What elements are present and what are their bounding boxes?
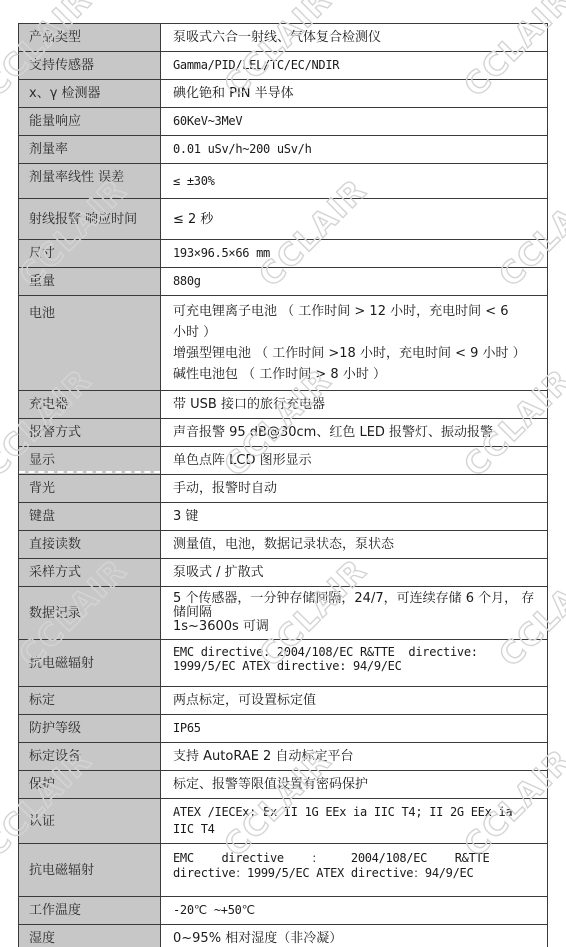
- table-row: 认证ATEX /IECEx: Ex II 1G EEx ia IIC T4; I…: [19, 799, 548, 844]
- spec-label: 抗电磁辐射: [19, 640, 161, 687]
- spec-value: 泵吸式 / 扩散式: [161, 559, 548, 587]
- spec-label: 防护等级: [19, 715, 161, 743]
- spec-label: 能量响应: [19, 108, 161, 136]
- spec-label: x、γ 检测器: [19, 80, 161, 108]
- spec-value: 可充电锂离子电池 （ 工作时间 > 12 小时，充电时间 < 6 小时 ） 增强…: [161, 296, 548, 391]
- spec-value: 碘化铯和 PIN 半导体: [161, 80, 548, 108]
- table-row: 采样方式泵吸式 / 扩散式: [19, 559, 548, 587]
- spec-value: 5 个传感器，一分钟存储间隔，24/7，可连续存储 6 个月， 存储间隔 1s~…: [161, 587, 548, 640]
- spec-label: 充电器: [19, 391, 161, 419]
- table-row: 显示单色点阵 LCD 图形显示: [19, 447, 548, 475]
- spec-label: 抗电磁辐射: [19, 844, 161, 897]
- table-row: 尺寸193×96.5×66 mm: [19, 240, 548, 268]
- spec-label: 射线报警 响应时间: [19, 199, 161, 240]
- table-row: 能量响应60KeV~3MeV: [19, 108, 548, 136]
- table-row: 标定设备支持 AutoRAE 2 自动标定平台: [19, 743, 548, 771]
- spec-label: 标定: [19, 687, 161, 715]
- spec-value: ≤ 2 秒: [161, 199, 548, 240]
- spec-value: 0~95% 相对湿度（非冷凝）: [161, 925, 548, 947]
- spec-value: 泵吸式六合一射线、气体复合检测仪: [161, 24, 548, 52]
- spec-label: 重量: [19, 268, 161, 296]
- table-row: 产品类型泵吸式六合一射线、气体复合检测仪: [19, 24, 548, 52]
- spec-value: 193×96.5×66 mm: [161, 240, 548, 268]
- spec-value: ≤ ±30%: [161, 164, 548, 199]
- spec-value: 0.01 uSv/h~200 uSv/h: [161, 136, 548, 164]
- spec-label: 认证: [19, 799, 161, 844]
- spec-label: 湿度: [19, 925, 161, 947]
- spec-value: 手动，报警时自动: [161, 475, 548, 503]
- spec-value: 两点标定，可设置标定值: [161, 687, 548, 715]
- spec-label: 数据记录: [19, 587, 161, 640]
- spec-label: 保护: [19, 771, 161, 799]
- table-row: 背光手动，报警时自动: [19, 475, 548, 503]
- spec-label: 采样方式: [19, 559, 161, 587]
- table-row: x、γ 检测器碘化铯和 PIN 半导体: [19, 80, 548, 108]
- table-row: 剂量率0.01 uSv/h~200 uSv/h: [19, 136, 548, 164]
- table-row: 充电器带 USB 接口的旅行充电器: [19, 391, 548, 419]
- table-row: 抗电磁辐射EMC directive: 2004/108/EC R&TTE di…: [19, 640, 548, 687]
- table-row: 键盘3 键: [19, 503, 548, 531]
- spec-label: 报警方式: [19, 419, 161, 447]
- spec-value: -20℃ ~+50℃: [161, 897, 548, 925]
- spec-value: 标定、报警等限值设置有密码保护: [161, 771, 548, 799]
- spec-label: 背光: [19, 475, 161, 503]
- spec-value: Gamma/PID/LEL/TC/EC/NDIR: [161, 52, 548, 80]
- spec-label: 支持传感器: [19, 52, 161, 80]
- spec-value: 单色点阵 LCD 图形显示: [161, 447, 548, 475]
- spec-label: 键盘: [19, 503, 161, 531]
- table-row: 支持传感器Gamma/PID/LEL/TC/EC/NDIR: [19, 52, 548, 80]
- spec-value: 3 键: [161, 503, 548, 531]
- table-row: 湿度0~95% 相对湿度（非冷凝）: [19, 925, 548, 947]
- table-row: 标定两点标定，可设置标定值: [19, 687, 548, 715]
- table-row: 抗电磁辐射EMC directive ： 2004/108/EC R&TTE d…: [19, 844, 548, 897]
- spec-table-body: 产品类型泵吸式六合一射线、气体复合检测仪支持传感器Gamma/PID/LEL/T…: [19, 24, 548, 947]
- spec-value: 声音报警 95 dB@30cm、红色 LED 报警灯、振动报警: [161, 419, 548, 447]
- table-row: 报警方式声音报警 95 dB@30cm、红色 LED 报警灯、振动报警: [19, 419, 548, 447]
- table-row: 射线报警 响应时间≤ 2 秒: [19, 199, 548, 240]
- table-row: 防护等级IP65: [19, 715, 548, 743]
- spec-table: 产品类型泵吸式六合一射线、气体复合检测仪支持传感器Gamma/PID/LEL/T…: [18, 23, 548, 947]
- spec-value: ATEX /IECEx: Ex II 1G EEx ia IIC T4; II …: [161, 799, 548, 844]
- spec-value: IP65: [161, 715, 548, 743]
- spec-label: 剂量率线性 误差: [19, 164, 161, 199]
- spec-value: 支持 AutoRAE 2 自动标定平台: [161, 743, 548, 771]
- table-row: 数据记录5 个传感器，一分钟存储间隔，24/7，可连续存储 6 个月， 存储间隔…: [19, 587, 548, 640]
- spec-value: 带 USB 接口的旅行充电器: [161, 391, 548, 419]
- spec-value: 880g: [161, 268, 548, 296]
- spec-value: EMC directive ： 2004/108/EC R&TTE direct…: [161, 844, 548, 897]
- spec-value: 测量值，电池，数据记录状态，泵状态: [161, 531, 548, 559]
- spec-label: 尺寸: [19, 240, 161, 268]
- spec-label: 工作温度: [19, 897, 161, 925]
- table-row: 保护标定、报警等限值设置有密码保护: [19, 771, 548, 799]
- spec-label: 标定设备: [19, 743, 161, 771]
- spec-value: EMC directive: 2004/108/EC R&TTE directi…: [161, 640, 548, 687]
- table-row: 工作温度-20℃ ~+50℃: [19, 897, 548, 925]
- table-row: 电池可充电锂离子电池 （ 工作时间 > 12 小时，充电时间 < 6 小时 ） …: [19, 296, 548, 391]
- table-row: 直接读数测量值，电池，数据记录状态，泵状态: [19, 531, 548, 559]
- spec-label: 产品类型: [19, 24, 161, 52]
- spec-label: 显示: [19, 447, 161, 475]
- spec-value: 60KeV~3MeV: [161, 108, 548, 136]
- table-row: 剂量率线性 误差≤ ±30%: [19, 164, 548, 199]
- spec-label: 剂量率: [19, 136, 161, 164]
- spec-label: 直接读数: [19, 531, 161, 559]
- table-row: 重量880g: [19, 268, 548, 296]
- spec-label: 电池: [19, 296, 161, 391]
